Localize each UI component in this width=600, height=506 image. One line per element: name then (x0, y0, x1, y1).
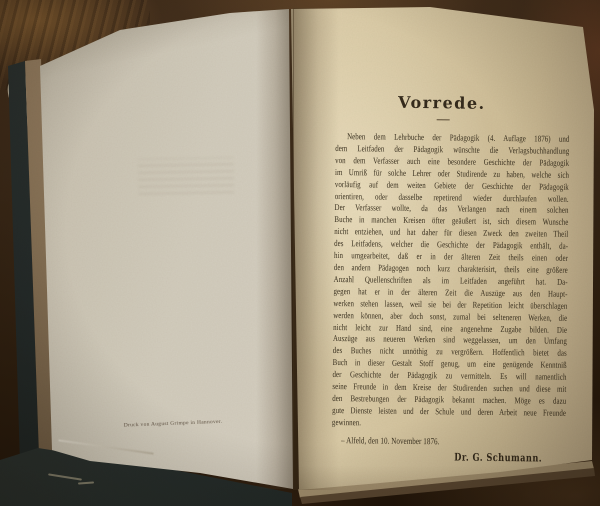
open-book-photo: Druck von August Grimpe in Hannover. Vor… (0, 0, 600, 506)
photo-vignette (0, 0, 600, 506)
